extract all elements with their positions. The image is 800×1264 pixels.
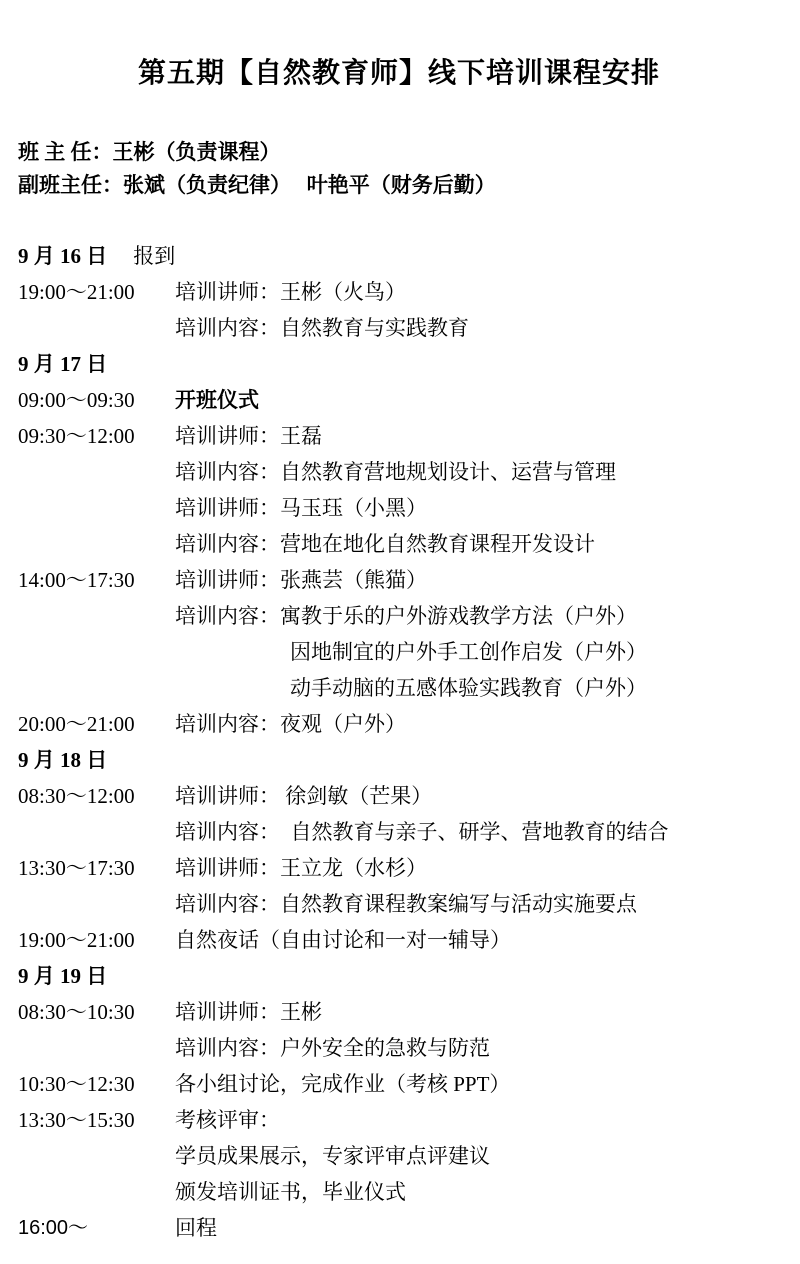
entry-line: 自然夜话（自由讨论和一对一辅导） xyxy=(175,922,780,958)
time-range: 14:00～17:30 xyxy=(18,562,175,598)
entry-lines: 培训讲师：王立龙（水杉）培训内容：自然教育课程教案编写与活动实施要点 xyxy=(175,850,780,922)
schedule-entry: 19:00～21:00自然夜话（自由讨论和一对一辅导） xyxy=(18,922,780,958)
entry-line: 培训讲师：王立龙（水杉） xyxy=(175,850,780,886)
time-range: 19:00～21:00 xyxy=(18,274,175,310)
entry-lines: 考核评审：学员成果展示，专家评审点评建议颁发培训证书，毕业仪式 xyxy=(175,1102,780,1210)
entry-lines: 培训讲师：王磊培训内容：自然教育营地规划设计、运营与管理培训讲师：马玉珏（小黑）… xyxy=(175,418,780,562)
entry-line: 颁发培训证书，毕业仪式 xyxy=(175,1174,780,1210)
date-label: 9 月 17 日 xyxy=(18,346,107,382)
staff-section: 班 主 任：王彬（负责课程）副班主任：张斌（负责纪律） 叶艳平（财务后勤） xyxy=(18,136,780,202)
entry-line: 培训讲师：张燕芸（熊猫） xyxy=(175,562,780,598)
entry-line: 因地制宜的户外手工创作启发（户外） xyxy=(175,634,780,670)
entry-line: 考核评审： xyxy=(175,1102,780,1138)
time-range: 13:30～15:30 xyxy=(18,1102,175,1138)
schedule-entry: 09:00～09:30开班仪式 xyxy=(18,382,780,418)
entry-line: 培训内容：户外安全的急救与防范 xyxy=(175,1030,780,1066)
entry-line: 开班仪式 xyxy=(175,382,780,418)
date-note: 报到 xyxy=(133,238,175,274)
schedule-entry: 08:30～10:30培训讲师：王彬培训内容：户外安全的急救与防范 xyxy=(18,994,780,1066)
entry-line: 培训内容：自然教育课程教案编写与活动实施要点 xyxy=(175,886,780,922)
schedule-entry: 16:00～回程 xyxy=(18,1210,780,1246)
entry-lines: 回程 xyxy=(175,1210,780,1246)
entry-lines: 培训讲师： 徐剑敏（芒果）培训内容： 自然教育与亲子、研学、营地教育的结合 xyxy=(175,778,780,850)
entry-lines: 各小组讨论，完成作业（考核 PPT） xyxy=(175,1066,780,1102)
document-title: 第五期【自然教育师】线下培训课程安排 xyxy=(18,56,780,90)
entry-line: 培训内容：自然教育与实践教育 xyxy=(175,310,780,346)
date-label: 9 月 19 日 xyxy=(18,958,107,994)
entry-line: 动手动脑的五感体验实践教育（户外） xyxy=(175,670,780,706)
date-row: 9 月 16 日报到 xyxy=(18,238,780,274)
entry-line: 培训内容：自然教育营地规划设计、运营与管理 xyxy=(175,454,780,490)
time-range: 09:00～09:30 xyxy=(18,382,175,418)
entry-line: 回程 xyxy=(175,1210,780,1246)
schedule-entry: 13:30～15:30考核评审：学员成果展示，专家评审点评建议颁发培训证书，毕业… xyxy=(18,1102,780,1210)
schedule-entry: 10:30～12:30各小组讨论，完成作业（考核 PPT） xyxy=(18,1066,780,1102)
schedule-entry: 14:00～17:30培训讲师：张燕芸（熊猫）培训内容：寓教于乐的户外游戏教学方… xyxy=(18,562,780,706)
schedule-entry: 19:00～21:00培训讲师：王彬（火鸟）培训内容：自然教育与实践教育 xyxy=(18,274,780,346)
entry-line: 培训内容：营地在地化自然教育课程开发设计 xyxy=(175,526,780,562)
schedule-entry: 20:00～21:00培训内容：夜观（户外） xyxy=(18,706,780,742)
date-row: 9 月 19 日 xyxy=(18,958,780,994)
time-range: 10:30～12:30 xyxy=(18,1066,175,1102)
entry-line: 培训讲师：马玉珏（小黑） xyxy=(175,490,780,526)
entry-lines: 培训讲师：王彬培训内容：户外安全的急救与防范 xyxy=(175,994,780,1066)
staff-line: 班 主 任：王彬（负责课程） xyxy=(18,136,780,169)
entry-line: 学员成果展示，专家评审点评建议 xyxy=(175,1138,780,1174)
schedule-entry: 08:30～12:00培训讲师： 徐剑敏（芒果）培训内容： 自然教育与亲子、研学… xyxy=(18,778,780,850)
entry-lines: 自然夜话（自由讨论和一对一辅导） xyxy=(175,922,780,958)
entry-lines: 培训内容：夜观（户外） xyxy=(175,706,780,742)
date-row: 9 月 17 日 xyxy=(18,346,780,382)
time-range: 16:00～ xyxy=(18,1210,175,1246)
staff-line: 副班主任：张斌（负责纪律） 叶艳平（财务后勤） xyxy=(18,169,780,202)
entry-line: 培训讲师：王彬 xyxy=(175,994,780,1030)
time-range: 08:30～10:30 xyxy=(18,994,175,1030)
entry-line: 培训讲师： 徐剑敏（芒果） xyxy=(175,778,780,814)
schedule-entry: 09:30～12:00培训讲师：王磊培训内容：自然教育营地规划设计、运营与管理培… xyxy=(18,418,780,562)
document-page: 第五期【自然教育师】线下培训课程安排 班 主 任：王彬（负责课程）副班主任：张斌… xyxy=(0,0,800,1264)
entry-line: 各小组讨论，完成作业（考核 PPT） xyxy=(175,1066,780,1102)
schedule-section: 9 月 16 日报到19:00～21:00培训讲师：王彬（火鸟）培训内容：自然教… xyxy=(18,238,780,1246)
entry-line: 培训讲师：王彬（火鸟） xyxy=(175,274,780,310)
schedule-entry: 13:30～17:30培训讲师：王立龙（水杉）培训内容：自然教育课程教案编写与活… xyxy=(18,850,780,922)
date-row: 9 月 18 日 xyxy=(18,742,780,778)
date-label: 9 月 16 日 xyxy=(18,238,107,274)
entry-line: 培训内容： 自然教育与亲子、研学、营地教育的结合 xyxy=(175,814,780,850)
date-label: 9 月 18 日 xyxy=(18,742,107,778)
time-range: 13:30～17:30 xyxy=(18,850,175,886)
time-range: 09:30～12:00 xyxy=(18,418,175,454)
entry-line: 培训内容：夜观（户外） xyxy=(175,706,780,742)
time-range: 08:30～12:00 xyxy=(18,778,175,814)
entry-line: 培训讲师：王磊 xyxy=(175,418,780,454)
entry-lines: 开班仪式 xyxy=(175,382,780,418)
entry-lines: 培训讲师：王彬（火鸟）培训内容：自然教育与实践教育 xyxy=(175,274,780,346)
time-range: 19:00～21:00 xyxy=(18,922,175,958)
entry-lines: 培训讲师：张燕芸（熊猫）培训内容：寓教于乐的户外游戏教学方法（户外）因地制宜的户… xyxy=(175,562,780,706)
entry-line: 培训内容：寓教于乐的户外游戏教学方法（户外） xyxy=(175,598,780,634)
time-range: 20:00～21:00 xyxy=(18,706,175,742)
